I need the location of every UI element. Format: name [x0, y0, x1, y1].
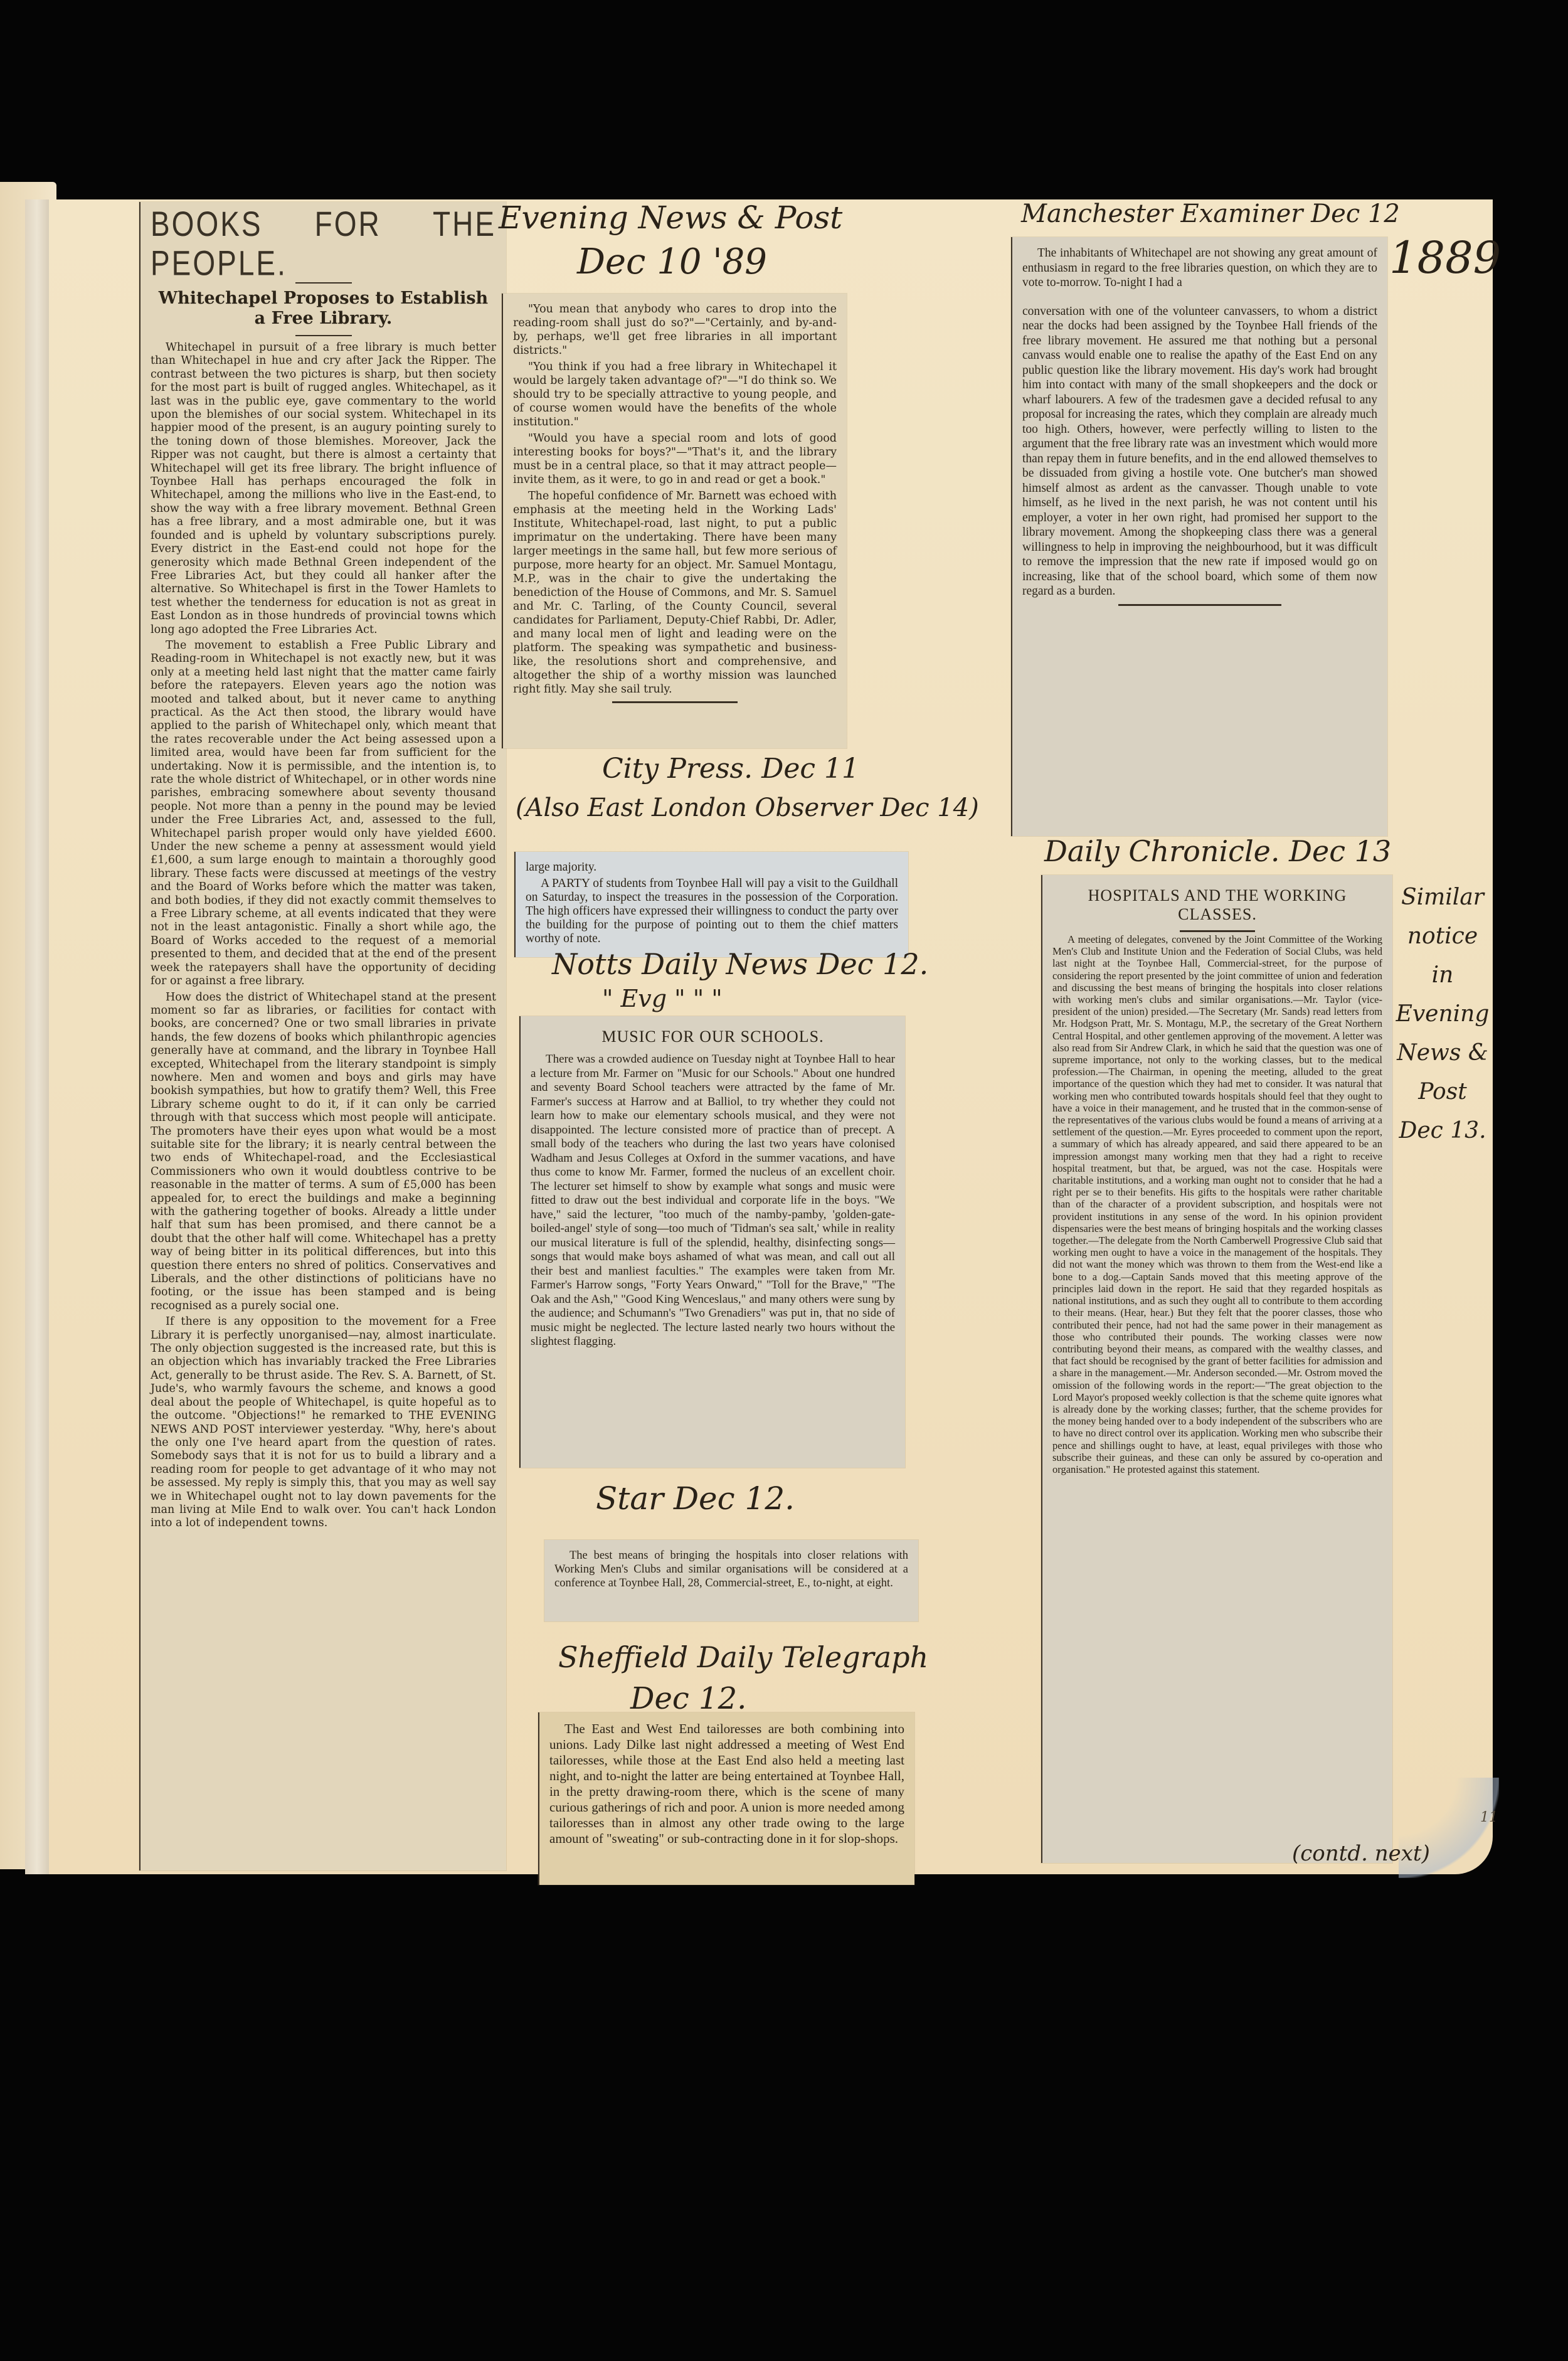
handwritten-date-sheffield: Dec 12.	[630, 1681, 746, 1716]
handwritten-year: 1889	[1389, 232, 1501, 284]
clipping-subheadline: Whitechapel Proposes to Establish a Free…	[151, 289, 496, 329]
page-number: 11	[1480, 1810, 1498, 1825]
divider	[1118, 604, 1281, 606]
clipping-city-press: large majority. A PARTY of students from…	[514, 852, 908, 957]
handwritten-side-note: Similar notice in Evening News & Post De…	[1392, 878, 1493, 1150]
handwritten-source-sheffield: Sheffield Daily Telegraph	[558, 1640, 928, 1674]
paragraph: How does the district of Whitechapel sta…	[151, 991, 496, 1313]
paragraph: Whitechapel in pursuit of a free library…	[151, 341, 496, 637]
paragraph: The hopeful confidence of Mr. Barnett wa…	[513, 489, 837, 696]
paragraph: "You mean that anybody who cares to drop…	[513, 302, 837, 358]
paragraph: "You think if you had a free library in …	[513, 360, 837, 429]
paragraph: A PARTY of students from Toynbee Hall wi…	[526, 877, 898, 946]
clipping-music-for-our-schools: MUSIC FOR OUR SCHOOLS. There was a crowd…	[519, 1016, 905, 1468]
paragraph: There was a crowded audience on Tuesday …	[531, 1053, 895, 1349]
clipping-star: The best means of bringing the hospitals…	[544, 1540, 918, 1621]
divider	[1180, 930, 1255, 932]
paragraph: The inhabitants of Whitechapel are not s…	[1022, 246, 1377, 290]
clipping-evening-news: "You mean that anybody who cares to drop…	[502, 294, 847, 748]
divider	[295, 335, 352, 336]
paragraph: The best means of bringing the hospitals…	[554, 1549, 908, 1590]
handwritten-source-star: Star Dec 12.	[596, 1480, 795, 1517]
paragraph: "Would you have a special room and lots …	[513, 432, 837, 487]
handwritten-source-city-press: City Press. Dec 11	[602, 753, 859, 785]
clipping-books-for-the-people: BOOKS FOR THE PEOPLE. Whitechapel Propos…	[139, 202, 506, 1870]
paragraph: The East and West End tailoresses are bo…	[549, 1721, 904, 1847]
handwritten-source-evening-news: Evening News & Post	[499, 199, 842, 236]
handwritten-source-manchester-examiner: Manchester Examiner Dec 12	[1021, 199, 1400, 228]
handwritten-also-east-london-observer: (Also East London Observer Dec 14)	[516, 793, 979, 822]
paragraph: A meeting of delegates, convened by the …	[1052, 933, 1382, 1475]
handwritten-continued-note: (contd. next)	[1292, 1841, 1430, 1866]
clipping-headline: HOSPITALS AND THE WORKING CLASSES.	[1052, 886, 1382, 924]
paragraph: If there is any opposition to the moveme…	[151, 1315, 496, 1531]
handwritten-also-notts-evening: " Evg " " "	[602, 985, 723, 1012]
paragraph: The movement to establish a Free Public …	[151, 639, 496, 989]
clipping-headline: MUSIC FOR OUR SCHOOLS.	[531, 1027, 895, 1046]
handwritten-source-daily-chronicle: Daily Chronicle. Dec 13	[1044, 834, 1391, 868]
page-binding-strip	[25, 199, 49, 1874]
clipping-manchester-examiner: The inhabitants of Whitechapel are not s…	[1011, 237, 1387, 836]
divider	[612, 701, 738, 703]
clipping-headline: BOOKS FOR THE PEOPLE.	[151, 204, 496, 283]
paragraph: conversation with one of the volunteer c…	[1022, 304, 1377, 599]
handwritten-date-evening-news: Dec 10 '89	[577, 241, 767, 282]
clipping-sheffield-tailoresses: The East and West End tailoresses are bo…	[538, 1712, 914, 1885]
clipping-hospitals-working-classes: HOSPITALS AND THE WORKING CLASSES. A mee…	[1041, 875, 1392, 1863]
paragraph: large majority.	[526, 861, 898, 874]
handwritten-source-notts-daily-news: Notts Daily News Dec 12.	[552, 947, 928, 981]
